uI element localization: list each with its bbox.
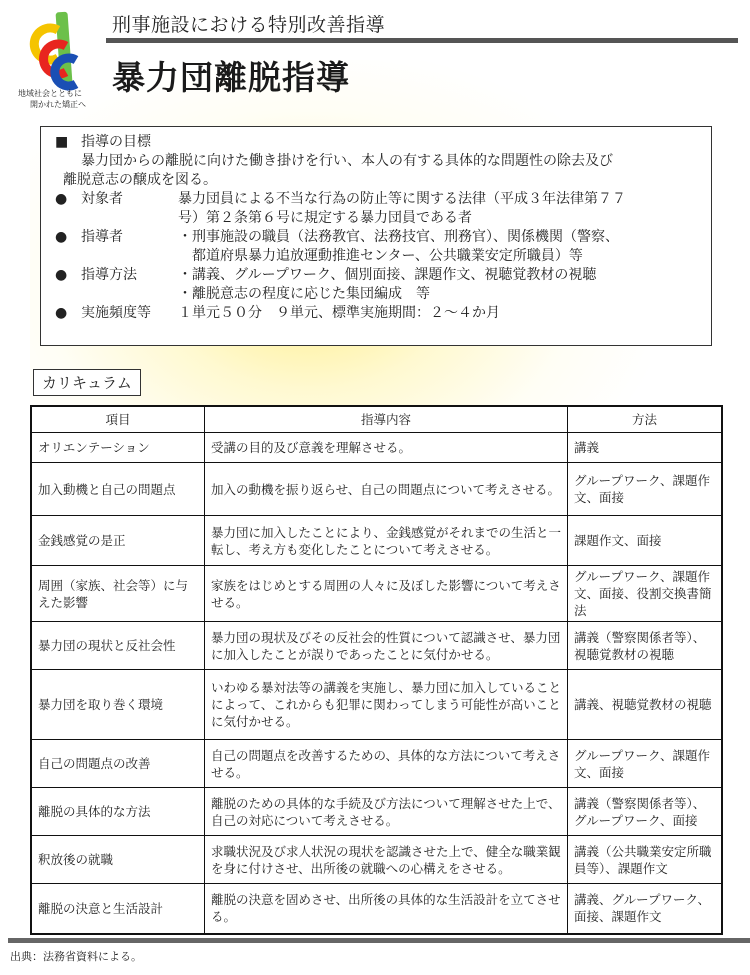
cell-method: 講義、グループワーク、面接、課題作文 — [568, 884, 723, 934]
cell-item: 自己の問題点の改善 — [31, 740, 205, 788]
cell-method: 課題作文、面接 — [568, 516, 723, 566]
cell-method: 講義、視聴覚教材の視聴 — [568, 670, 723, 740]
summary-value: ・刑事施設の職員（法務教官、法務技官、刑務官）、関係機関（警察、 都道府県暴力追… — [178, 228, 619, 266]
goal-heading: 指導の目標 — [81, 133, 151, 152]
square-bullet-icon: ■ — [55, 133, 81, 152]
table-row: 周囲（家族、社会等）に与えた影響 家族をはじめとする周囲の人々に及ぼした影響につ… — [31, 566, 722, 622]
cell-method: グループワーク、課題作文、面接、役割交換書簡法 — [568, 566, 723, 622]
header-content: 指導内容 — [205, 406, 568, 433]
cell-method: 講義 — [568, 433, 723, 463]
cell-method: 講義（警察関係者等）、グループワーク、面接 — [568, 788, 723, 836]
cell-method: 講義（警察関係者等）、視聴覚教材の視聴 — [568, 622, 723, 670]
table-row: 加入動機と自己の問題点 加入の動機を振り返らせ、自己の問題点について考えさせる。… — [31, 463, 722, 516]
summary-value: １単元５０分 ９単元、標準実施期間：２～４か月 — [178, 304, 500, 323]
cell-content: 離脱の決意を固めさせ、出所後の具体的な生活設計を立てさせる。 — [205, 884, 568, 934]
cell-method: グループワーク、課題作文、面接 — [568, 740, 723, 788]
table-row: 離脱の決意と生活設計 離脱の決意を固めさせ、出所後の具体的な生活設計を立てさせる… — [31, 884, 722, 934]
cell-content: 暴力団の現状及びその反社会的性質について認識させ、暴力団に加入したことが誤りであ… — [205, 622, 568, 670]
page-subtitle: 刑事施設における特別改善指導 — [112, 10, 385, 37]
summary-label: 指導方法 — [81, 266, 178, 304]
source-note: 出典：法務省資料による。 — [10, 948, 142, 964]
curriculum-label: カリキュラム — [33, 369, 141, 396]
cell-content: 自己の問題点を改善するための、具体的な方法について考えさせる。 — [205, 740, 568, 788]
cell-content: 求職状況及び求人状況の現状を認識させた上で、健全な職業観を身に付けさせ、出所後の… — [205, 836, 568, 884]
cell-item: 離脱の決意と生活設計 — [31, 884, 205, 934]
circle-bullet-icon: ● — [55, 190, 81, 228]
cell-item: 暴力団を取り巻く環境 — [31, 670, 205, 740]
cell-content: 受講の目的及び意義を理解させる。 — [205, 433, 568, 463]
cell-content: 加入の動機を振り返らせ、自己の問題点について考えさせる。 — [205, 463, 568, 516]
cell-item: 離脱の具体的な方法 — [31, 788, 205, 836]
table-row: 暴力団の現状と反社会性 暴力団の現状及びその反社会的性質について認識させ、暴力団… — [31, 622, 722, 670]
curriculum-table: 項目 指導内容 方法 オリエンテーション 受講の目的及び意義を理解させる。 講義… — [30, 405, 723, 935]
title-divider — [106, 38, 738, 43]
cell-item: 金銭感覚の是正 — [31, 516, 205, 566]
cell-item: オリエンテーション — [31, 433, 205, 463]
goal-text: 暴力団からの離脱に向けた働き掛けを行い、本人の有する具体的な問題性の除去及び — [55, 152, 697, 171]
summary-value: ・講義、グループワーク、個別面接、課題作文、視聴覚教材の視聴 ・離脱意志の程度に… — [178, 266, 596, 304]
table-row: 離脱の具体的な方法 離脱のための具体的な手続及び方法について理解させた上で、自己… — [31, 788, 722, 836]
summary-box: ■ 指導の目標 暴力団からの離脱に向けた働き掛けを行い、本人の有する具体的な問題… — [40, 126, 712, 346]
table-row: 釈放後の就職 求職状況及び求人状況の現状を認識させた上で、健全な職業観を身に付け… — [31, 836, 722, 884]
cell-content: いわゆる暴対法等の講義を実施し、暴力団に加入していることによって、これからも犯罪… — [205, 670, 568, 740]
goal-text-cont: 離脱意志の醸成を図る。 — [55, 171, 697, 190]
cell-content: 暴力団に加入したことにより、金銭感覚がそれまでの生活と一転し、考え方も変化したこ… — [205, 516, 568, 566]
table-row: 自己の問題点の改善 自己の問題点を改善するための、具体的な方法について考えさせる… — [31, 740, 722, 788]
circle-bullet-icon: ● — [55, 304, 81, 323]
table-header-row: 項目 指導内容 方法 — [31, 406, 722, 433]
page-title: 暴力団離脱指導 — [112, 52, 350, 99]
cell-content: 離脱のための具体的な手続及び方法について理解させた上で、自己の対応について考えさ… — [205, 788, 568, 836]
logo-caption: 地域社会とともに 開かれた矯正へ — [18, 88, 86, 110]
summary-label: 対象者 — [81, 190, 178, 228]
table-row: 暴力団を取り巻く環境 いわゆる暴対法等の講義を実施し、暴力団に加入していることに… — [31, 670, 722, 740]
cell-item: 加入動機と自己の問題点 — [31, 463, 205, 516]
circle-bullet-icon: ● — [55, 228, 81, 266]
cell-method: 講義（公共職業安定所職員等）、課題作文 — [568, 836, 723, 884]
cell-method: グループワーク、課題作文、面接 — [568, 463, 723, 516]
table-row: オリエンテーション 受講の目的及び意義を理解させる。 講義 — [31, 433, 722, 463]
circle-bullet-icon: ● — [55, 266, 81, 304]
table-row: 金銭感覚の是正 暴力団に加入したことにより、金銭感覚がそれまでの生活と一転し、考… — [31, 516, 722, 566]
header-item: 項目 — [31, 406, 205, 433]
cell-item: 暴力団の現状と反社会性 — [31, 622, 205, 670]
cell-content: 家族をはじめとする周囲の人々に及ぼした影響について考えさせる。 — [205, 566, 568, 622]
footer-divider — [8, 938, 750, 943]
header-method: 方法 — [568, 406, 723, 433]
summary-value: 暴力団員による不当な行為の防止等に関する法律（平成３年法律第７７ 号）第２条第６… — [178, 190, 626, 228]
cell-item: 周囲（家族、社会等）に与えた影響 — [31, 566, 205, 622]
cell-item: 釈放後の就職 — [31, 836, 205, 884]
summary-label: 指導者 — [81, 228, 178, 266]
summary-label: 実施頻度等 — [81, 304, 178, 323]
